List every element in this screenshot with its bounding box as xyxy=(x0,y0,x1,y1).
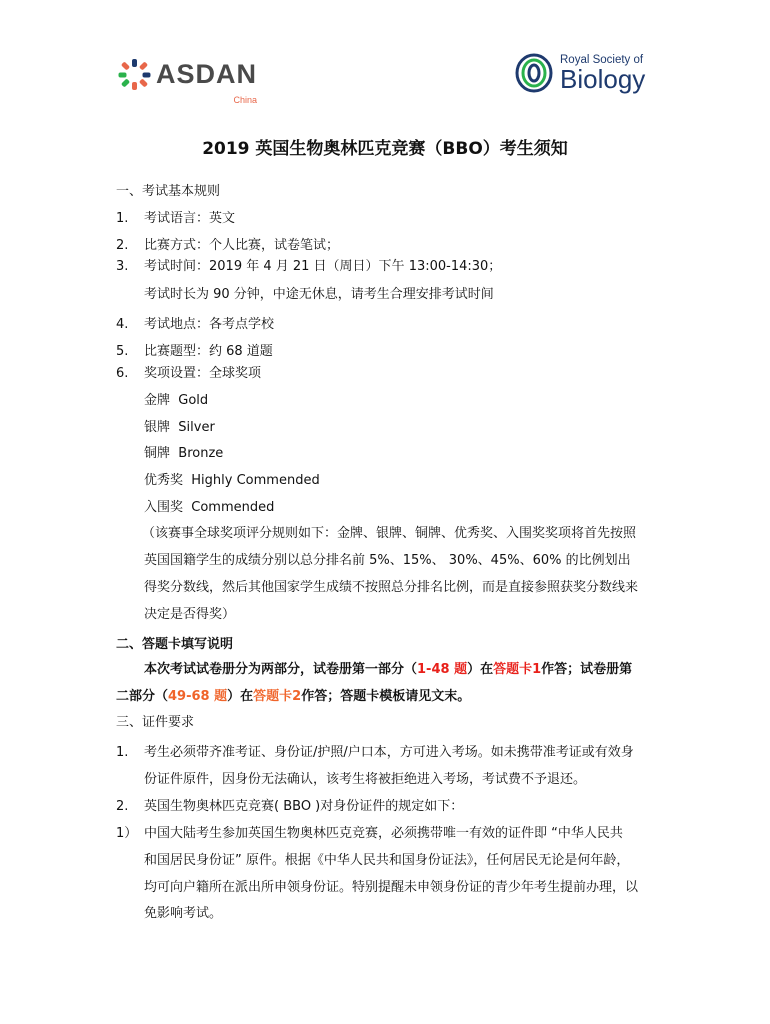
list-item: 2.英国生物奥林匹克竞赛( BBO )对身份证件的规定如下： xyxy=(116,799,463,815)
asdan-mark-icon xyxy=(120,59,150,89)
asdan-name: ASDAN xyxy=(156,59,257,89)
list-item: 1.考生必须带齐准考证、身份证/护照/户口本，方可进入考场。如未携带准考证或有效… xyxy=(116,745,634,761)
asdan-logo: ASDAN China xyxy=(120,56,257,92)
list-item: 6.奖项设置：全球奖项 xyxy=(116,366,261,382)
list-item: 5.比赛题型：约 68 道题 xyxy=(116,344,273,360)
sub-item: 1）中国大陆考生参加英国生物奥林匹克竞赛，必须携带唯一有效的证件即 “中华人民共 xyxy=(116,826,623,842)
list-item-continuation: 考试时长为 90 分钟，中途无休息，请考生合理安排考试时间 xyxy=(144,287,494,303)
section1-heading: 一、考试基本规则 xyxy=(116,184,220,200)
award-item: 银牌 Silver xyxy=(144,420,215,436)
award-item: 入围奖 Commended xyxy=(144,500,274,516)
sub-item-continuation: 和国居民身份证” 原件。根据《中华人民共和国身份证法》，任何居民无论是何年龄， xyxy=(144,853,629,869)
page-title: 2019 英国生物奥林匹克竞赛（BBO）考生须知 xyxy=(0,134,770,159)
list-item: 2.比赛方式：个人比赛，试卷笔试； xyxy=(116,238,339,254)
asdan-wordmark: ASDAN China xyxy=(156,61,257,88)
section2-line2: 二部分（49-68 题）在答题卡2作答；答题卡模板请见文末。 xyxy=(116,689,470,705)
section3-heading: 三、证件要求 xyxy=(116,715,194,731)
asdan-sub: China xyxy=(234,87,258,114)
sub-item-continuation: 均可向户籍所在派出所申领身份证。特别提醒未申领身份证的青少年考生提前办理，以 xyxy=(144,880,638,896)
list-item: 1.考试语言：英文 xyxy=(116,211,235,227)
list-item-continuation: 份证件原件，因身份无法确认，该考生将被拒绝进入考场，考试费不予退还。 xyxy=(144,772,586,788)
list-item: 3.考试时间：2019 年 4 月 21 日（周日）下午 13:00-14:30… xyxy=(116,259,501,275)
list-item: 4.考试地点：各考点学校 xyxy=(116,317,274,333)
note-line: 决定是否得奖） xyxy=(144,607,235,623)
award-item: 优秀奖 Highly Commended xyxy=(144,473,320,489)
sub-item-continuation: 免影响考试。 xyxy=(144,906,222,922)
section2-heading: 二、答题卡填写说明 xyxy=(116,637,233,653)
note-line: 英国国籍学生的成绩分别以总分排名前 5%、15%、 30%、45%、60% 的比… xyxy=(144,553,631,569)
rsb-line2: Biology xyxy=(560,66,645,92)
rsb-logo: Royal Society of Biology xyxy=(514,52,645,94)
award-item: 金牌 Gold xyxy=(144,393,208,409)
rsb-mark-icon xyxy=(514,52,554,94)
award-item: 铜牌 Bronze xyxy=(144,446,223,462)
note-line: 得奖分数线，然后其他国家学生成绩不按照总分排名比例，而是直接参照获奖分数线来 xyxy=(144,580,638,596)
note-line: （该赛事全球奖项评分规则如下：金牌、银牌、铜牌、优秀奖、入围奖奖项将首先按照 xyxy=(142,526,636,542)
section2-line1: 本次考试试卷册分为两部分，试卷册第一部分（1-48 题）在答题卡1作答；试卷册第 xyxy=(144,662,632,678)
